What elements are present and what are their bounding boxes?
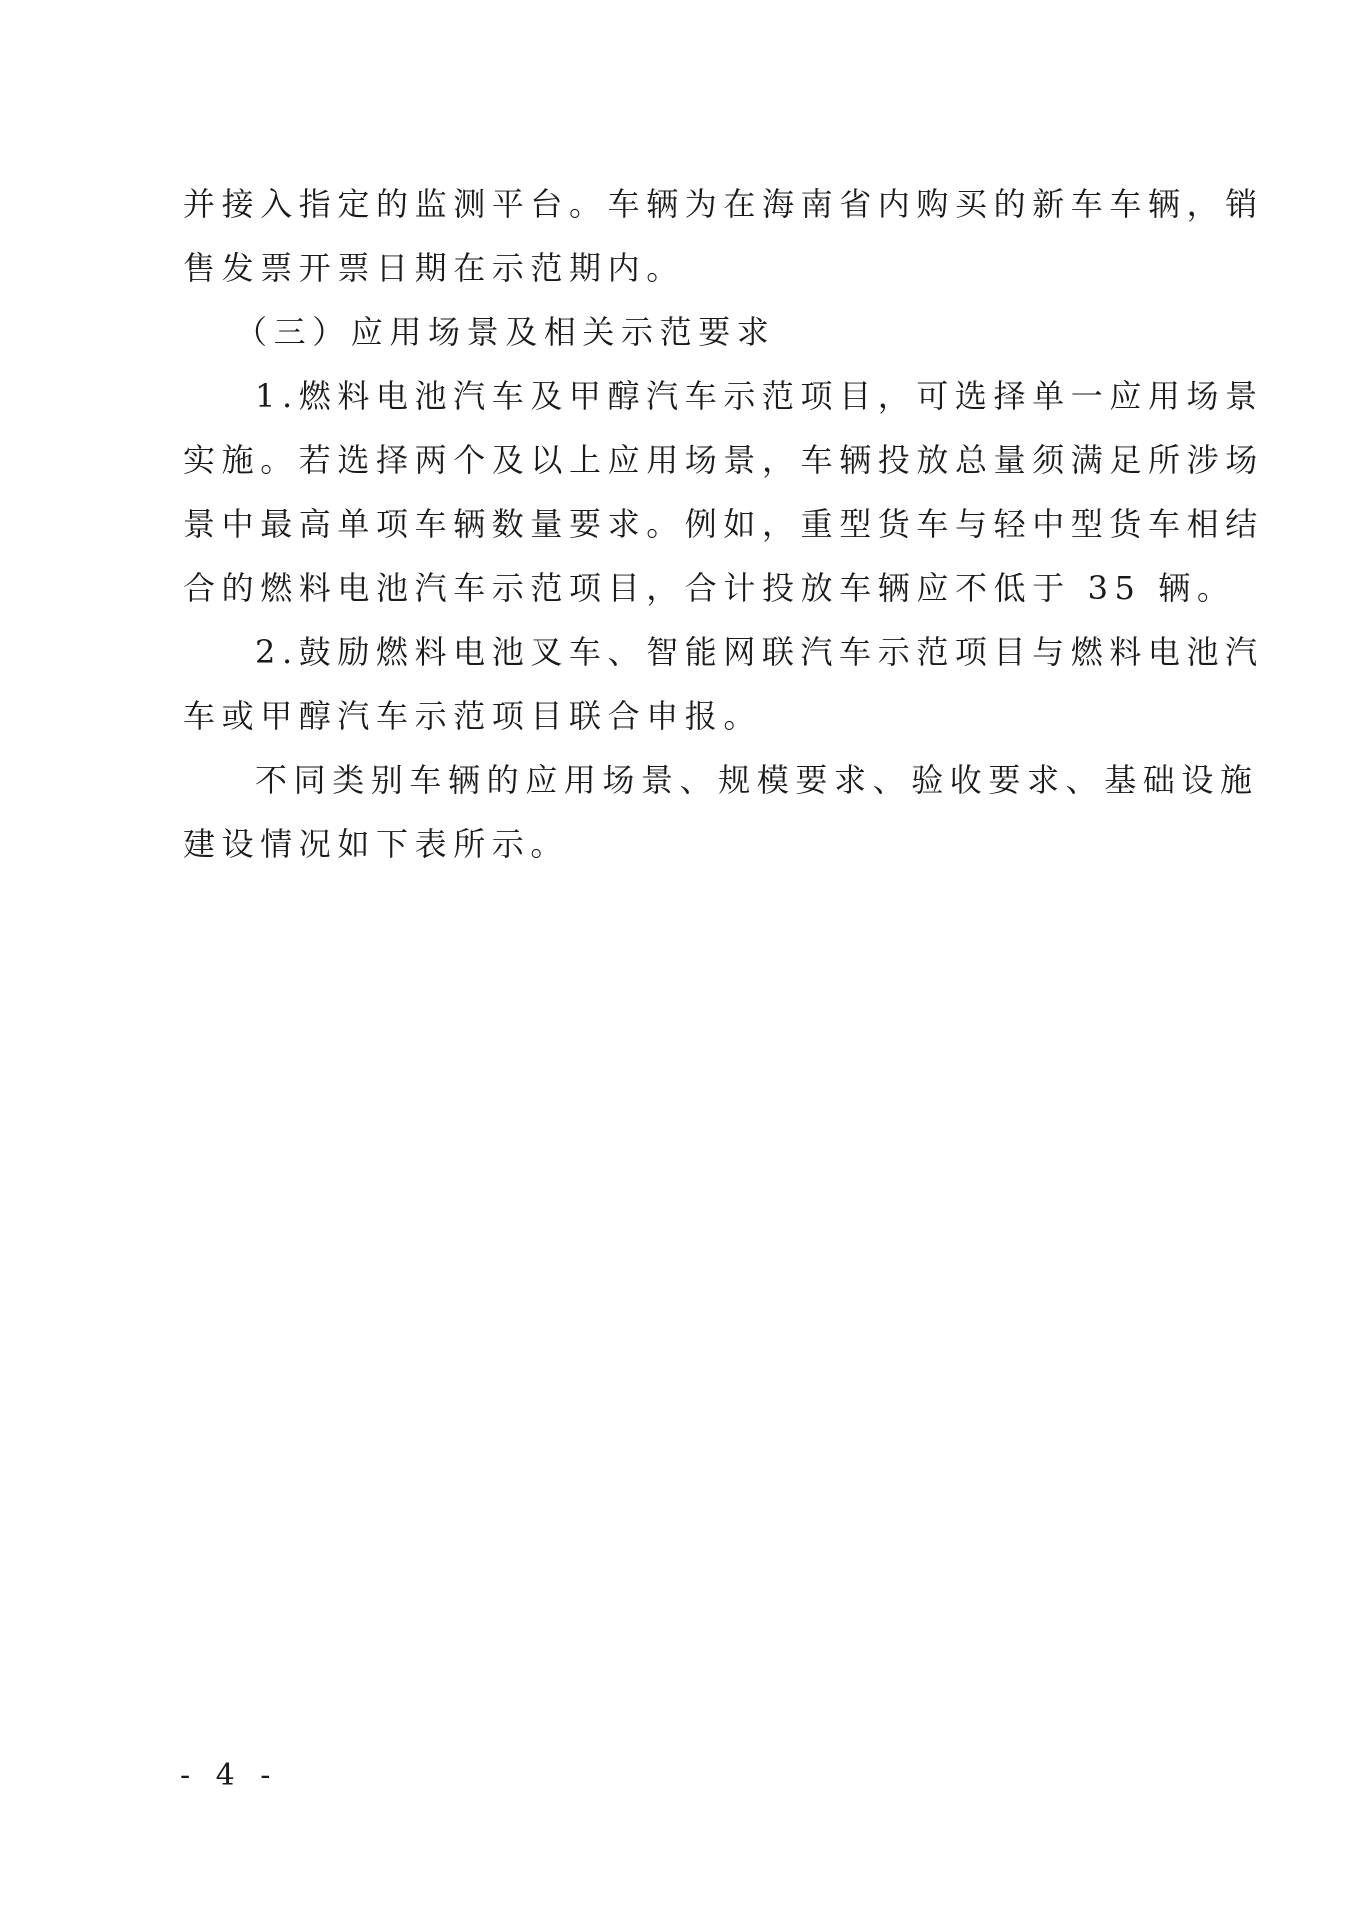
paragraph-line: 实施。若选择两个及以上应用场景，车辆投放总量须满足所涉场 [183, 428, 1188, 492]
paragraph-line: 售发票开票日期在示范期内。 [183, 236, 1188, 300]
paragraph-line: 不同类别车辆的应用场景、规模要求、验收要求、基础设施 [183, 748, 1188, 812]
paragraph-line: 2.鼓励燃料电池叉车、智能网联汽车示范项目与燃料电池汽 [183, 620, 1188, 684]
paragraph-line: 车或甲醇汽车示范项目联合申报。 [183, 684, 1188, 748]
paragraph-line: 景中最高单项车辆数量要求。例如，重型货车与轻中型货车相结 [183, 492, 1188, 556]
document-page: 并接入指定的监测平台。车辆为在海南省内购买的新车车辆，销 售发票开票日期在示范期… [0, 0, 1357, 1920]
paragraph-line: 建设情况如下表所示。 [183, 812, 1188, 876]
page-number: - 4 - [180, 1758, 278, 1793]
section-heading: （三）应用场景及相关示范要求 [183, 300, 1188, 364]
paragraph-line: 1.燃料电池汽车及甲醇汽车示范项目，可选择单一应用场景 [183, 364, 1188, 428]
paragraph-line: 合的燃料电池汽车示范项目，合计投放车辆应不低于 35 辆。 [183, 556, 1188, 620]
body-text: 并接入指定的监测平台。车辆为在海南省内购买的新车车辆，销 售发票开票日期在示范期… [183, 172, 1188, 876]
paragraph-line: 并接入指定的监测平台。车辆为在海南省内购买的新车车辆，销 [183, 172, 1188, 236]
